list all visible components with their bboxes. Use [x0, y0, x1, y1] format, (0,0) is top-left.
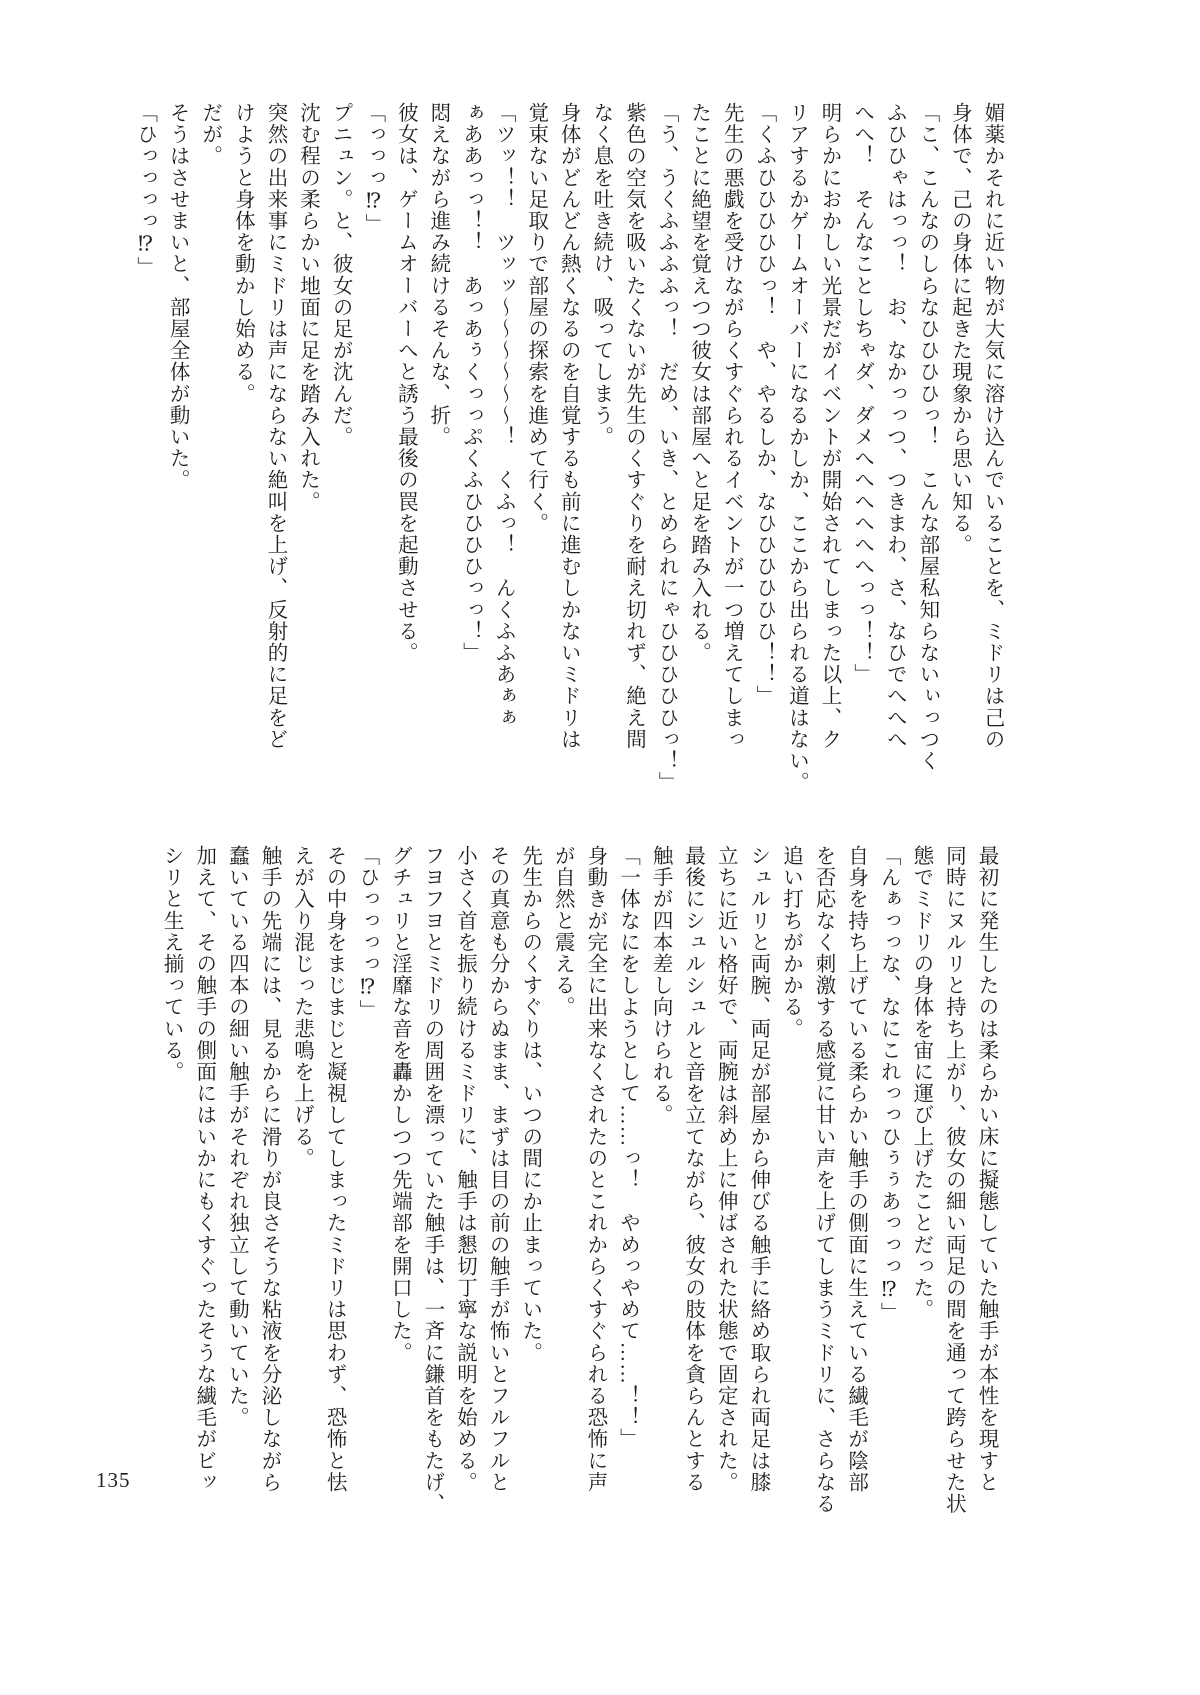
text-column: 身体で、己の身体に起きた現象から思い知る。	[943, 102, 976, 802]
text-column: 自身を持ち上げている柔らかい触手の側面に生えている繊毛が陰部	[839, 845, 872, 1545]
text-column: 紫色の空気を吸いたくないが先生のくすぐりを耐え切れず、絶え間	[617, 102, 650, 802]
text-column: 沈む程の柔らかい地面に足を踏み入れた。	[291, 102, 324, 802]
text-column: 身体がどんどん熱くなるのを自覚するも前に進むしかないミドリは	[552, 102, 585, 802]
text-column: 「くふひひひひひっ！ や、やるしか、なひひひひひひ！！」	[747, 102, 780, 802]
text-column: 先生の悪戯を受けながらくすぐられるイベントが一つ増えてしまっ	[715, 102, 748, 802]
text-column: その真意も分からぬまま、まずは目の前の触手が怖いとフルフルと	[481, 845, 514, 1545]
text-column: 媚薬かそれに近い物が大気に溶け込んでいることを、ミドリは己の	[975, 102, 1008, 802]
text-column: 立ちに近い格好で、両腕は斜め上に伸ばされた状態で固定された。	[709, 845, 742, 1545]
text-column: 蠢いている四本の細い触手がそれぞれ独立して動いていた。	[220, 845, 253, 1545]
text-column: シュルリと両腕、両足が部屋から伸びる触手に絡め取られ両足は膝	[741, 845, 774, 1545]
text-column: 「んぁっっな、なにこれっっひぅぅあっっっ⁉」	[872, 845, 905, 1545]
text-column: へへ！ そんなことしちゃダ、ダメへへへへへへっっ！！」	[845, 102, 878, 802]
text-column: 彼女は、ゲームオーバーへと誘う最後の罠を起動させる。	[389, 102, 422, 802]
text-column: リアするかゲームオーバーになるかしか、ここから出られる道はない。	[780, 102, 813, 802]
text-column: シリと生え揃っている。	[155, 845, 188, 1545]
text-column: たことに絶望を覚えつつ彼女は部屋へと足を踏み入れる。	[682, 102, 715, 802]
text-column: 小さく首を振り続けるミドリに、触手は懇切丁寧な説明を始める。	[448, 845, 481, 1545]
text-column: その中身をまじまじと凝視してしまったミドリは思わず、恐怖と怯	[318, 845, 351, 1545]
text-column: 最後にシュルシュルと音を立てながら、彼女の肢体を貪らんとする	[676, 845, 709, 1545]
text-column: 覚束ない足取りで部屋の探索を進めて行く。	[519, 102, 552, 802]
text-column: 悶えながら進み続けるそんな、折。	[421, 102, 454, 802]
text-column: フヨフヨとミドリの周囲を漂っていた触手は、一斉に鎌首をもたげ、	[415, 845, 448, 1545]
document-page: 媚薬かそれに近い物が大気に溶け込んでいることを、ミドリは己の身体で、己の身体に起…	[0, 0, 1200, 1695]
text-column: 「ツッ！！ ツッッ～～～～～～！ くふっ！ んくふふあぁぁ	[487, 102, 520, 802]
text-column: ふひひゃはっっ！ お、なかっっつ、つきまわ、さ、なひでへへへ	[878, 102, 911, 802]
text-column: 「ひっっっっ⁉」	[128, 102, 161, 802]
text-column: を否応なく刺激する感覚に甘い声を上げてしまうミドリに、さらなる	[806, 845, 839, 1545]
page-number: 135	[96, 1468, 131, 1493]
text-column: 身動きが完全に出来なくされたのとこれからくすぐられる恐怖に声	[578, 845, 611, 1545]
text-column: 態でミドリの身体を宙に運び上げたことだった。	[904, 845, 937, 1545]
text-block-bottom: 最初に発生したのは柔らかい床に擬態していた触手が本性を現すと同時にヌルリと持ち上…	[155, 845, 1002, 1545]
text-column: 突然の出来事にミドリは声にならない絶叫を上げ、反射的に足をど	[258, 102, 291, 802]
text-column: ぁああっっ！！ あっあぅくっっぷくふひひひひっっ！」	[454, 102, 487, 802]
text-column: プニュン。と、彼女の足が沈んだ。	[324, 102, 357, 802]
text-column: 同時にヌルリと持ち上がり、彼女の細い両足の間を通って跨らせた状	[937, 845, 970, 1545]
text-column: 先生からのくすぐりは、いつの間にか止まっていた。	[513, 845, 546, 1545]
text-column: 追い打ちがかかる。	[774, 845, 807, 1545]
text-column: 明らかにおかしい光景だがイベントが開始されてしまった以上、ク	[812, 102, 845, 802]
text-column: 加えて、その触手の側面にはいかにもくすぐったそうな繊毛がビッ	[187, 845, 220, 1545]
text-column: だが。	[193, 102, 226, 802]
text-column: けようと身体を動かし始める。	[226, 102, 259, 802]
text-column: えが入り混じった悲鳴を上げる。	[285, 845, 318, 1545]
text-column: 触手が四本差し向けられる。	[643, 845, 676, 1545]
text-column: なく息を吐き続け、吸ってしまう。	[584, 102, 617, 802]
text-column: 「一体なにをしようとして……っ！ やめっやめて……！！」	[611, 845, 644, 1545]
text-column: 「こ、こんなのしらなひひひひっ！ こんな部屋私知らないぃっつく	[910, 102, 943, 802]
text-column: グチュリと淫靡な音を轟かしつつ先端部を開口した。	[383, 845, 416, 1545]
text-block-top: 媚薬かそれに近い物が大気に溶け込んでいることを、ミドリは己の身体で、己の身体に起…	[128, 102, 1008, 802]
text-column: 「う、うくふふふふっ！ だめ、いき、とめられにゃひひひひひっ！」	[649, 102, 682, 802]
text-column: が自然と震える。	[546, 845, 579, 1545]
text-column: そうはさせまいと、部屋全体が動いた。	[161, 102, 194, 802]
text-column: 「ひっっっっ⁉」	[350, 845, 383, 1545]
text-column: 「っっっ⁉」	[356, 102, 389, 802]
text-column: 最初に発生したのは柔らかい床に擬態していた触手が本性を現すと	[969, 845, 1002, 1545]
text-column: 触手の先端には、見るからに滑りが良さそうな粘液を分泌しながら	[252, 845, 285, 1545]
